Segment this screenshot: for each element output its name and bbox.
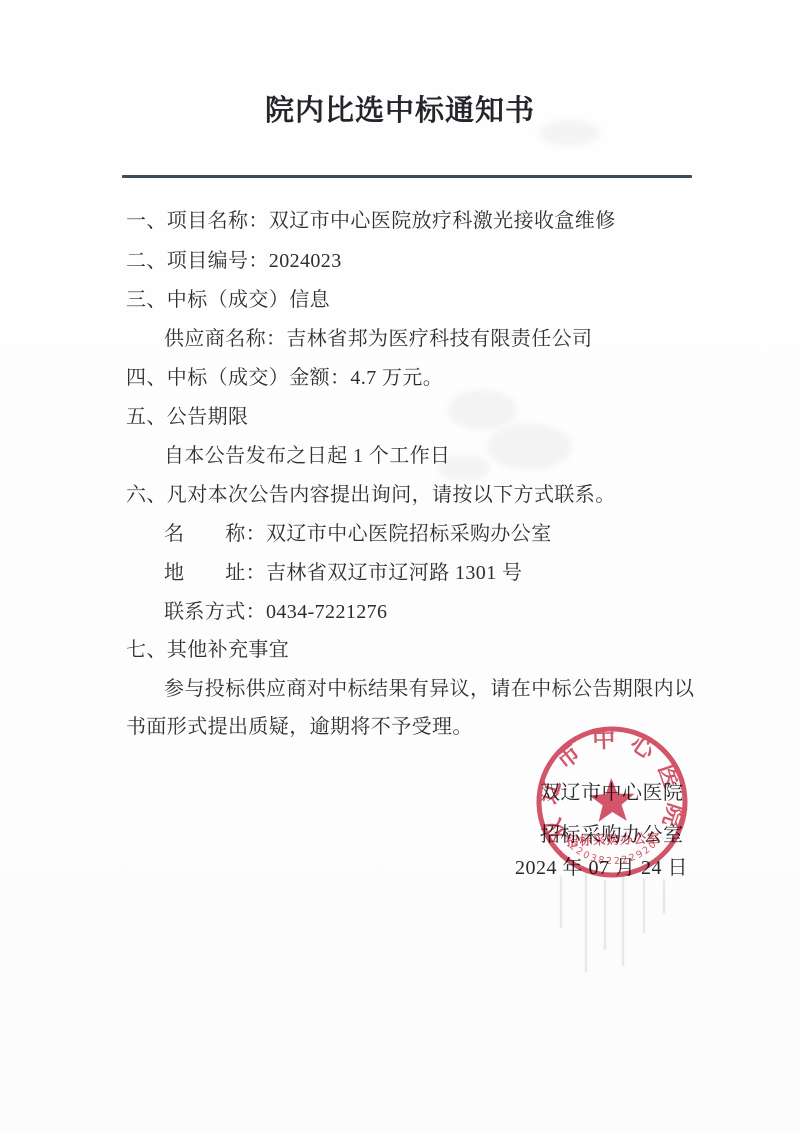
title-divider [122, 175, 692, 178]
scan-streak [643, 878, 645, 933]
scan-smudge [540, 120, 600, 146]
star-icon [588, 777, 635, 822]
body-line-project-name: 一、项目名称：双辽市中心医院放疗科激光接收盒维修 [126, 204, 726, 233]
body-line-supplier-name: 供应商名称：吉林省邦为医疗科技有限责任公司 [164, 322, 764, 351]
scan-smudge [438, 455, 490, 481]
body-line-award-amount: 四、中标（成交）金额：4.7 万元。 [126, 361, 726, 390]
body-line-objection-1: 参与投标供应商对中标结果有异议，请在中标公告期限内以 [164, 672, 764, 701]
scan-streak [622, 874, 624, 966]
scan-streak [604, 880, 606, 950]
scan-streak [663, 880, 665, 914]
scan-streak [585, 872, 587, 972]
body-line-award-info: 三、中标（成交）信息 [126, 283, 726, 312]
body-line-project-number: 二、项目编号：2024023 [126, 244, 726, 273]
scanned-notice-page: 院内比选中标通知书 一、项目名称：双辽市中心医院放疗科激光接收盒维修 二、项目编… [0, 0, 800, 1131]
scan-streak [560, 876, 562, 928]
body-line-contact-intro: 六、凡对本次公告内容提出询问，请按以下方式联系。 [126, 478, 726, 507]
page-title: 院内比选中标通知书 [0, 88, 800, 129]
body-line-contact-addr: 地 址：吉林省双辽市辽河路 1301 号 [164, 556, 764, 585]
body-line-contact-phone: 联系方式：0434-7221276 [164, 595, 764, 624]
body-line-notice-period: 五、公告期限 [126, 400, 726, 429]
body-line-other-matters: 七、其他补充事宜 [126, 633, 726, 662]
body-line-contact-name: 名 称：双辽市中心医院招标采购办公室 [164, 517, 764, 546]
scan-smudge [487, 424, 572, 470]
scan-smudge [447, 390, 517, 430]
official-seal: 双辽市中心医院 招标采购办公室 220382222920 [525, 715, 699, 889]
